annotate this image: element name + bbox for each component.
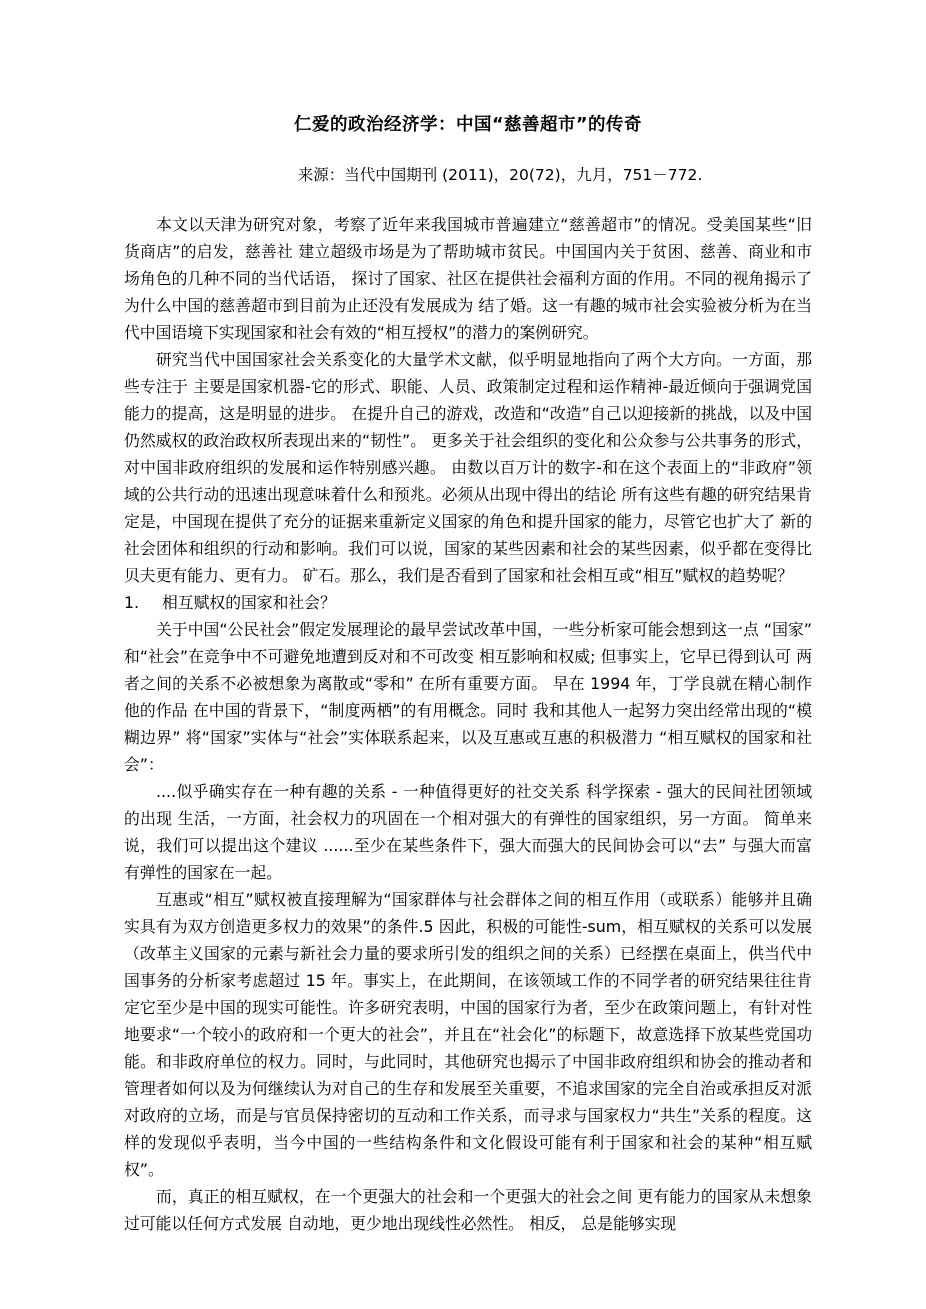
section-title: 相互赋权的国家和社会？	[162, 593, 336, 612]
paragraph-closing: 而，真正的相互赋权，在一个更强大的社会和一个更强大的社会之间 更有能力的国家从未…	[124, 1183, 812, 1237]
page-title: 仁爱的政治经济学：中国“慈善超市”的传奇	[124, 112, 812, 138]
paragraph-quote: ....似乎确实存在一种有趣的关系 - 一种值得更好的社交关系 科学探索 - 强…	[124, 778, 812, 886]
document-page: 仁爱的政治经济学：中国“慈善超市”的传奇 来源：当代中国期刊 (2011)，20…	[0, 0, 926, 1309]
section-number: 1.	[124, 589, 162, 616]
section-heading-1: 1.相互赋权的国家和社会？	[124, 589, 812, 616]
paragraph-intro: 研究当代中国国家社会关系变化的大量学术文献，似乎明显地指向了两个大方向。一方面，…	[124, 346, 812, 589]
paragraph-abstract: 本文以天津为研究对象，考察了近年来我国城市普遍建立“慈善超市”的情况。受美国某些…	[124, 211, 812, 346]
source-citation: 来源：当代中国期刊 (2011)，20(72)，九月，751－772.	[124, 164, 812, 186]
paragraph-civil-society: 关于中国“公民社会”假定发展理论的最早尝试改革中国，一些分析家可能会想到这一点 …	[124, 616, 812, 778]
paragraph-mutual-empowerment: 互惠或“相互”赋权被直接理解为“国家群体与社会群体之间的相互作用（或联系）能够并…	[124, 886, 812, 1183]
document-body: 本文以天津为研究对象，考察了近年来我国城市普遍建立“慈善超市”的情况。受美国某些…	[124, 211, 812, 1237]
